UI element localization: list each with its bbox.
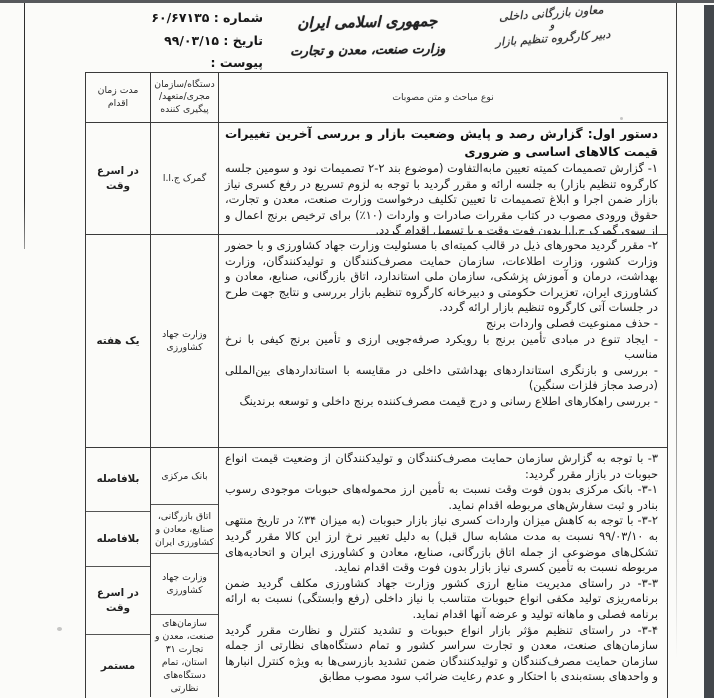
duration-cell: بلافاصله [86,448,150,512]
agency-cell: اتاق بازرگانی، صنایع، معادن و کشاورزی ای… [151,505,218,554]
agency-cell: بانک مرکزی [151,448,218,505]
scanned-letter-page: معاون بازرگانی داخلی و دبیر کارگروه تنظی… [0,0,714,698]
resolution-paragraph: ۳-۴- در راستای تنظیم مؤثر بازار انواع حب… [225,623,658,685]
letter-number-line: شماره : ۶۰/۶۷۱۳۵ [80,7,263,30]
duration-cell: مستمر [86,635,150,697]
resolution-paragraph: ۳-۱- بانک مرکزی بدون فوت وقت نسبت به تأم… [225,482,658,513]
col-header-duration: مدت زمان اقدام [86,73,150,122]
resolutions-table: نوع مباحث و متن مصوبات دستگاه/سازمان مجر… [85,72,668,698]
scan-speck [57,627,62,631]
content-cell: دستور اول: گزارش رصد و پایش وضعیت بازار … [218,123,667,234]
scan-fold-line-right [676,3,677,658]
content-cell: ۳- با توجه به گزارش سازمان حمایت مصرف‌کن… [218,448,667,697]
table-row-directive-3: ۳- با توجه به گزارش سازمان حمایت مصرف‌کن… [86,448,667,697]
letter-number-label: شماره : [214,10,263,25]
duration-cell: در اسرع وقت [86,123,150,234]
resolution-bullet: - بررسی راهکارهای اطلاع رسانی و درج قیمت… [225,394,658,410]
resolution-paragraph: ۳-۲- با توجه به کاهش میزان واردات کسری ن… [225,513,658,575]
table-header-row: نوع مباحث و متن مصوبات دستگاه/سازمان مجر… [86,73,667,123]
resolution-bullet: - ایجاد تنوع در مبادی تأمین برنج با رویک… [225,332,658,363]
resolution-bullet: - بررسی و بازنگری استانداردهای بهداشتی د… [225,363,658,394]
letterhead-signature-block: معاون بازرگانی داخلی و دبیر کارگروه تنظی… [461,0,643,51]
agency-cell: وزارت جهاد کشاورزی [151,554,218,615]
duration-cell: بلافاصله [86,512,150,567]
duration-cell: یک هفته [86,235,150,447]
scan-fold-line-left [24,3,25,249]
letter-date-label: تاریخ : [223,33,263,48]
letter-attachment-label: پیوست : [210,55,263,70]
letterhead-org-block: جمهوری اسلامی ایران وزارت صنعت، معدن و ت… [270,11,466,58]
agency-cell: سازمان‌های صنعت، معدن و تجارت ۳۱ استان، … [151,615,218,697]
agency-cell: وزارت جهاد کشاورزی [150,235,218,447]
letterhead-meta-block: شماره : ۶۰/۶۷۱۳۵ تاریخ : ۹۹/۰۳/۱۵ پیوست … [80,7,263,75]
resolution-bullet: - حذف ممنوعیت فصلی واردات برنج [225,316,658,332]
letter-number-value: ۶۰/۶۷۱۳۵ [151,10,209,25]
scan-right-shadow-bar [704,5,714,698]
col-header-agency: دستگاه/سازمان مجری/متعهد/ پیگیری کننده [150,73,218,122]
resolution-paragraph: ۱- گزارش تصمیمات کمیته تعیین مابه‌التفاو… [225,161,658,234]
agency-cell-stack: بانک مرکزی اتاق بازرگانی، صنایع، معادن و… [150,448,218,697]
letter-date-value: ۹۹/۰۳/۱۵ [164,33,219,48]
resolution-paragraph: ۲- مقرر گردید محورهای ذیل در قالب کمیته‌… [225,238,658,316]
resolution-paragraph: ۳- با توجه به گزارش سازمان حمایت مصرف‌کن… [225,451,658,482]
letter-date-line: تاریخ : ۹۹/۰۳/۱۵ [80,30,263,53]
content-cell: ۲- مقرر گردید محورهای ذیل در قالب کمیته‌… [218,235,667,447]
country-title: جمهوری اسلامی ایران [270,11,465,32]
directive-heading: دستور اول: گزارش رصد و پایش وضعیت بازار … [225,126,658,161]
table-row-directive-1: دستور اول: گزارش رصد و پایش وضعیت بازار … [86,123,667,235]
ministry-title: وزارت صنعت، معدن و تجارت [270,40,465,58]
col-header-content: نوع مباحث و متن مصوبات [218,73,667,122]
table-row-directive-2: ۲- مقرر گردید محورهای ذیل در قالب کمیته‌… [86,235,667,448]
duration-cell: در اسرع وقت [86,567,150,635]
resolution-paragraph: ۳-۳- در راستای مدیریت منابع ارزی کشور وز… [225,576,658,623]
duration-cell-stack: بلافاصله بلافاصله در اسرع وقت مستمر [86,448,150,697]
agency-cell: گمرک ج.ا.ا [150,123,218,234]
